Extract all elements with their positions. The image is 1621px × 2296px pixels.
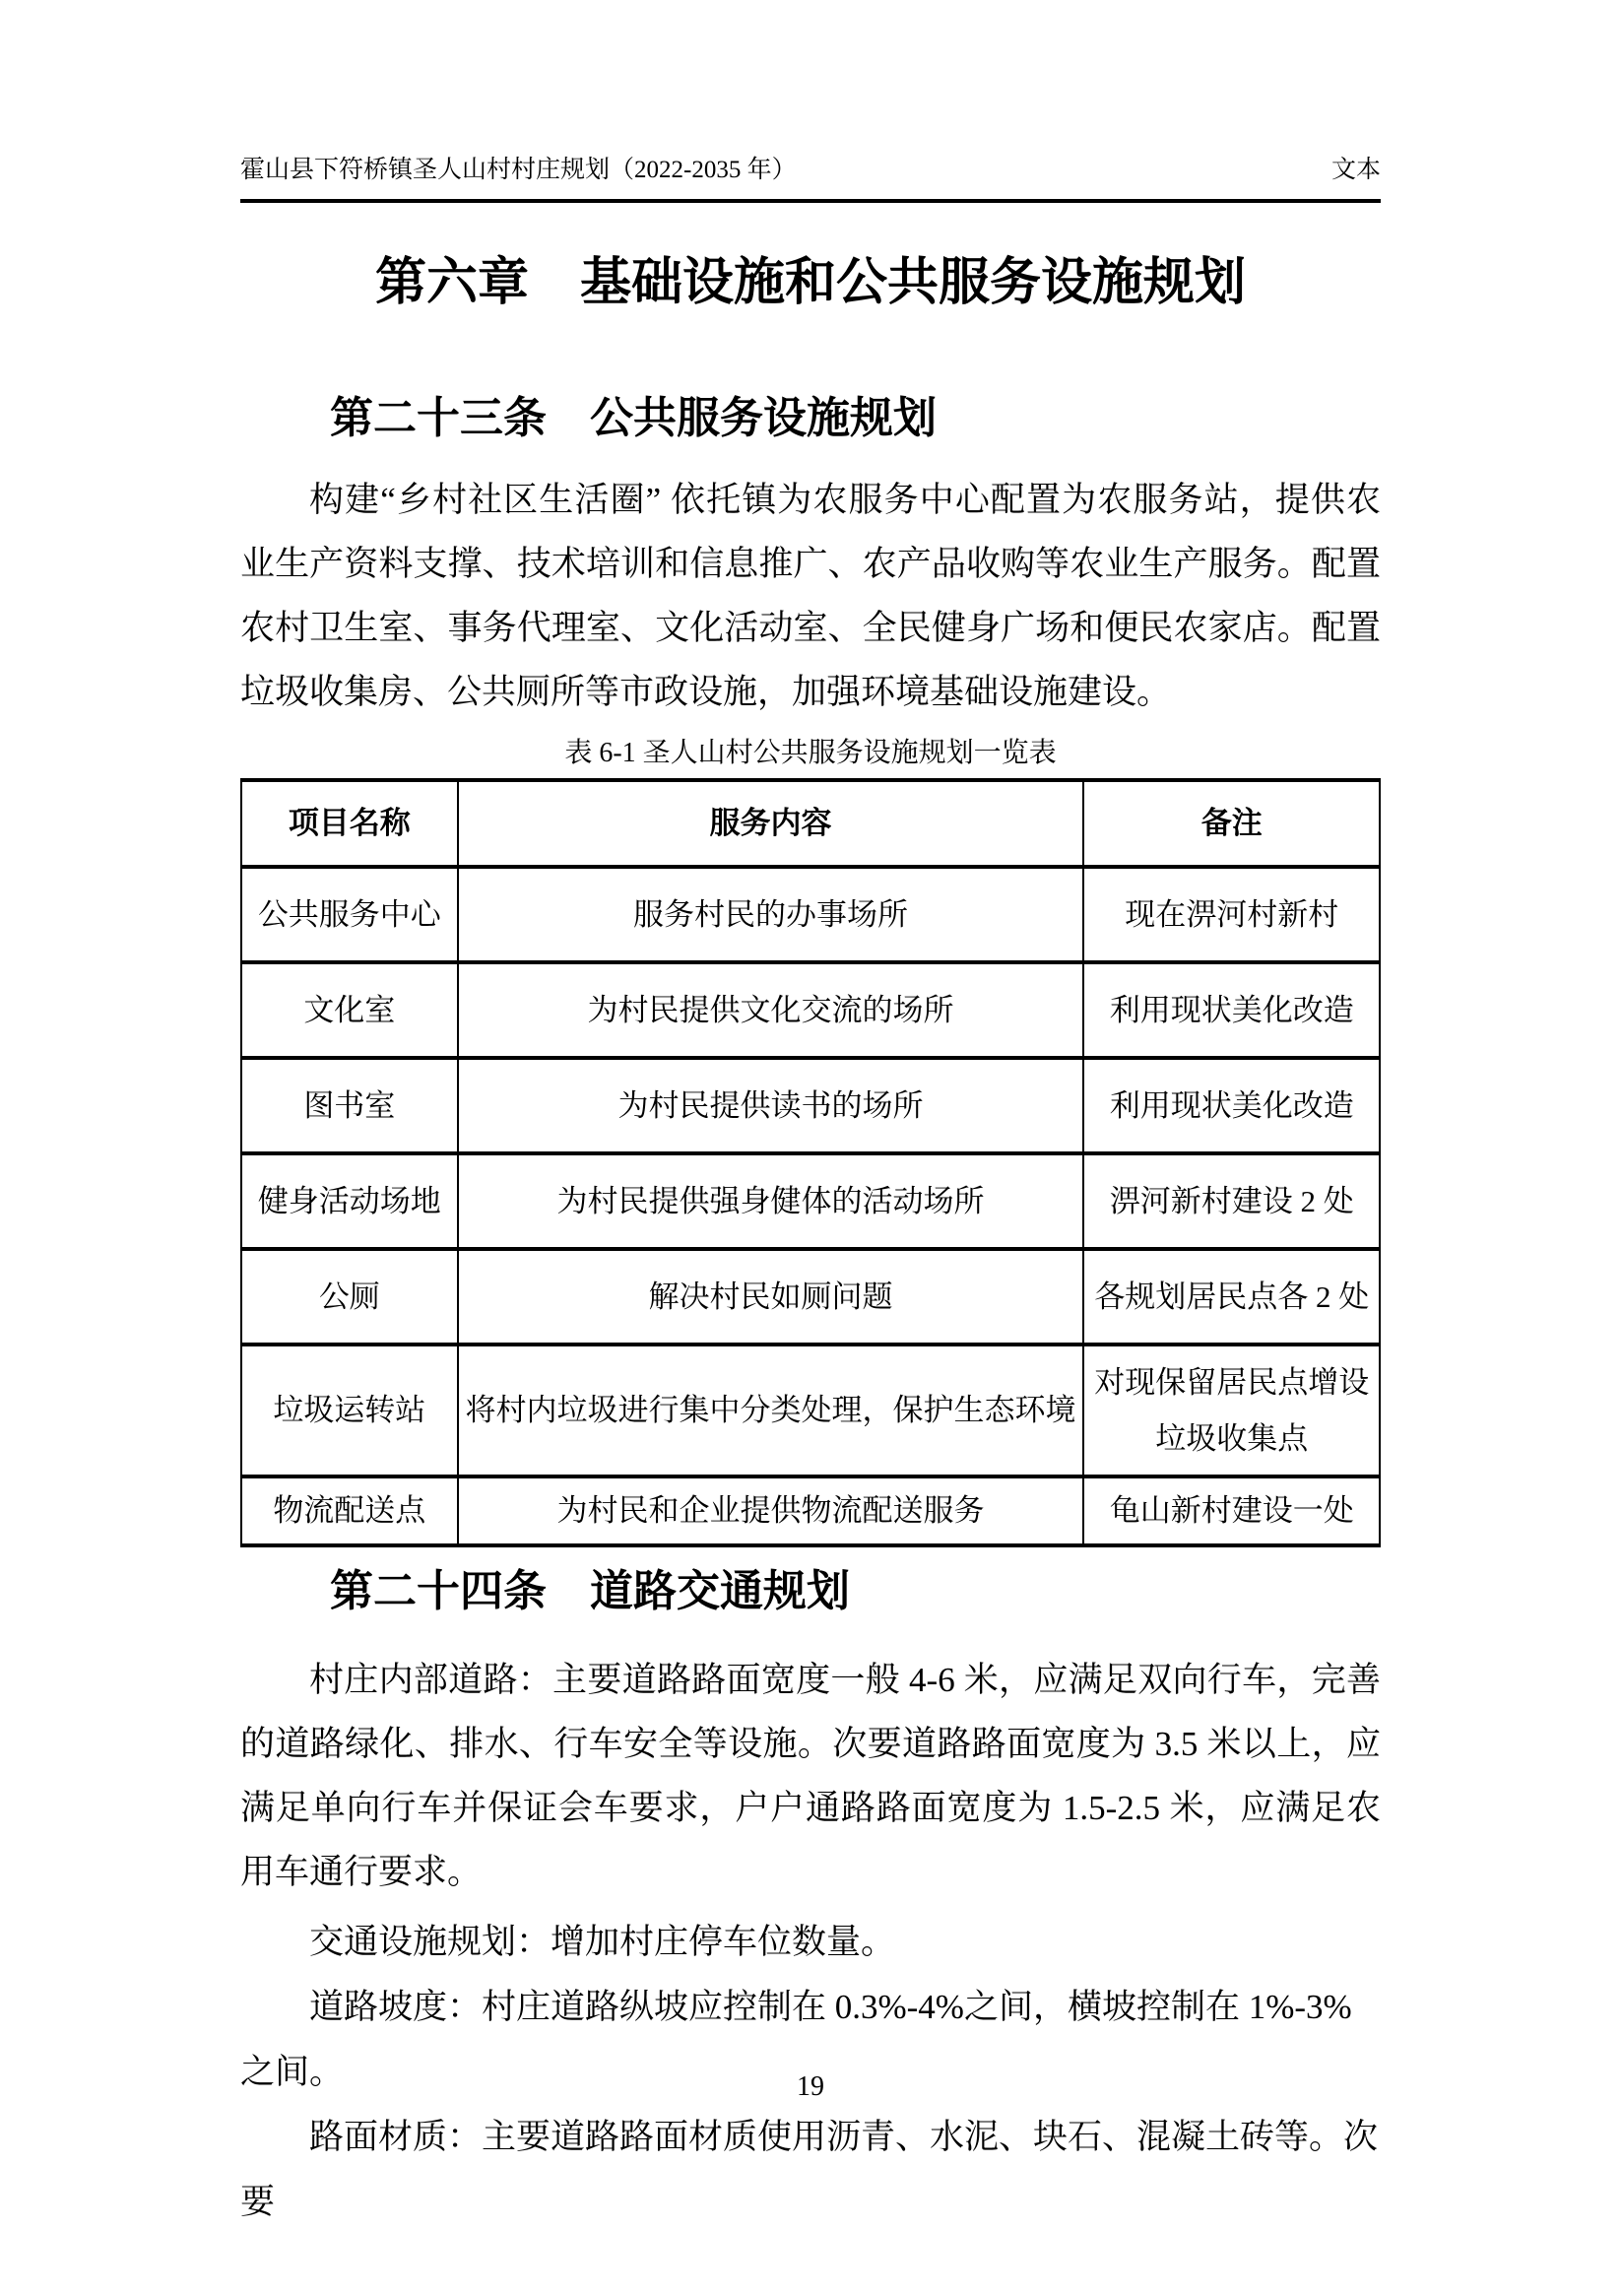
running-header-doc-type: 文本 xyxy=(1331,156,1381,185)
running-header: 霍山县下符桥镇圣人山村村庄规划（2022-2035 年） 文本 xyxy=(240,0,1381,185)
public-service-facilities-table: 项目名称 服务内容 备注 公共服务中心 服务村民的办事场所 现在淠河村新村 文化… xyxy=(240,778,1381,1547)
table-row: 图书室 为村民提供读书的场所 利用现状美化改造 xyxy=(241,1058,1380,1153)
table-header-remarks: 备注 xyxy=(1083,780,1380,867)
table-cell: 将村内垃圾进行集中分类处理，保护生态环境 xyxy=(458,1345,1084,1476)
table-cell: 现在淠河村新村 xyxy=(1083,867,1380,962)
paragraph-pavement-material: 路面材质：主要道路路面材质使用沥青、水泥、块石、混凝土砖等。次要 xyxy=(240,2105,1381,2235)
chapter-title: 第六章 基础设施和公共服务设施规划 xyxy=(240,254,1381,313)
table-row: 公厕 解决村民如厕问题 各规划居民点各 2 处 xyxy=(241,1249,1380,1345)
table-cell: 公共服务中心 xyxy=(241,867,458,962)
table-cell: 为村民和企业提供物流配送服务 xyxy=(458,1476,1084,1545)
table-cell: 淠河新村建设 2 处 xyxy=(1083,1153,1380,1249)
table-cell: 文化室 xyxy=(241,962,458,1058)
table-cell: 图书室 xyxy=(241,1058,458,1153)
running-header-title: 霍山县下符桥镇圣人山村村庄规划（2022-2035 年） xyxy=(240,156,797,185)
table-caption: 表 6-1 圣人山村公共服务设施规划一览表 xyxy=(240,739,1381,767)
table-cell: 物流配送点 xyxy=(241,1476,458,1545)
table-cell: 解决村民如厕问题 xyxy=(458,1249,1084,1345)
table-header-row: 项目名称 服务内容 备注 xyxy=(241,780,1380,867)
paragraph-public-services: 构建“乡村社区生活圈” 依托镇为农服务中心配置为农服务站，提供农业生产资料支撑、… xyxy=(240,468,1381,724)
table-cell: 利用现状美化改造 xyxy=(1083,1058,1380,1153)
table-row: 物流配送点 为村民和企业提供物流配送服务 龟山新村建设一处 xyxy=(241,1476,1380,1545)
paragraph-traffic-facilities: 交通设施规划：增加村庄停车位数量。 xyxy=(240,1910,1381,1975)
header-rule xyxy=(240,199,1381,203)
table-row: 公共服务中心 服务村民的办事场所 现在淠河村新村 xyxy=(241,867,1380,962)
table-cell: 利用现状美化改造 xyxy=(1083,962,1380,1058)
section-title-24: 第二十四条 道路交通规划 xyxy=(330,1567,1381,1616)
table-row: 垃圾运转站 将村内垃圾进行集中分类处理，保护生态环境 对现保留居民点增设垃圾收集… xyxy=(241,1345,1380,1476)
table-cell: 垃圾运转站 xyxy=(241,1345,458,1476)
section-title-23: 第二十三条 公共服务设施规划 xyxy=(330,394,1381,443)
table-row: 文化室 为村民提供文化交流的场所 利用现状美化改造 xyxy=(241,962,1380,1058)
table-header-service-content: 服务内容 xyxy=(458,780,1084,867)
table-cell: 龟山新村建设一处 xyxy=(1083,1476,1380,1545)
table-cell: 为村民提供读书的场所 xyxy=(458,1058,1084,1153)
table-cell: 公厕 xyxy=(241,1249,458,1345)
table-cell: 服务村民的办事场所 xyxy=(458,867,1084,962)
page-number: 19 xyxy=(0,2072,1621,2102)
table-cell: 为村民提供强身健体的活动场所 xyxy=(458,1153,1084,1249)
document-page: 霍山县下符桥镇圣人山村村庄规划（2022-2035 年） 文本 第六章 基础设施… xyxy=(0,0,1621,2296)
table-header-project-name: 项目名称 xyxy=(241,780,458,867)
table-cell: 各规划居民点各 2 处 xyxy=(1083,1249,1380,1345)
table-row: 健身活动场地 为村民提供强身健体的活动场所 淠河新村建设 2 处 xyxy=(241,1153,1380,1249)
table-cell: 健身活动场地 xyxy=(241,1153,458,1249)
paragraph-internal-roads: 村庄内部道路：主要道路路面宽度一般 4-6 米，应满足双向行车，完善的道路绿化、… xyxy=(240,1648,1381,1904)
table-cell: 对现保留居民点增设垃圾收集点 xyxy=(1083,1345,1380,1476)
table-cell: 为村民提供文化交流的场所 xyxy=(458,962,1084,1058)
